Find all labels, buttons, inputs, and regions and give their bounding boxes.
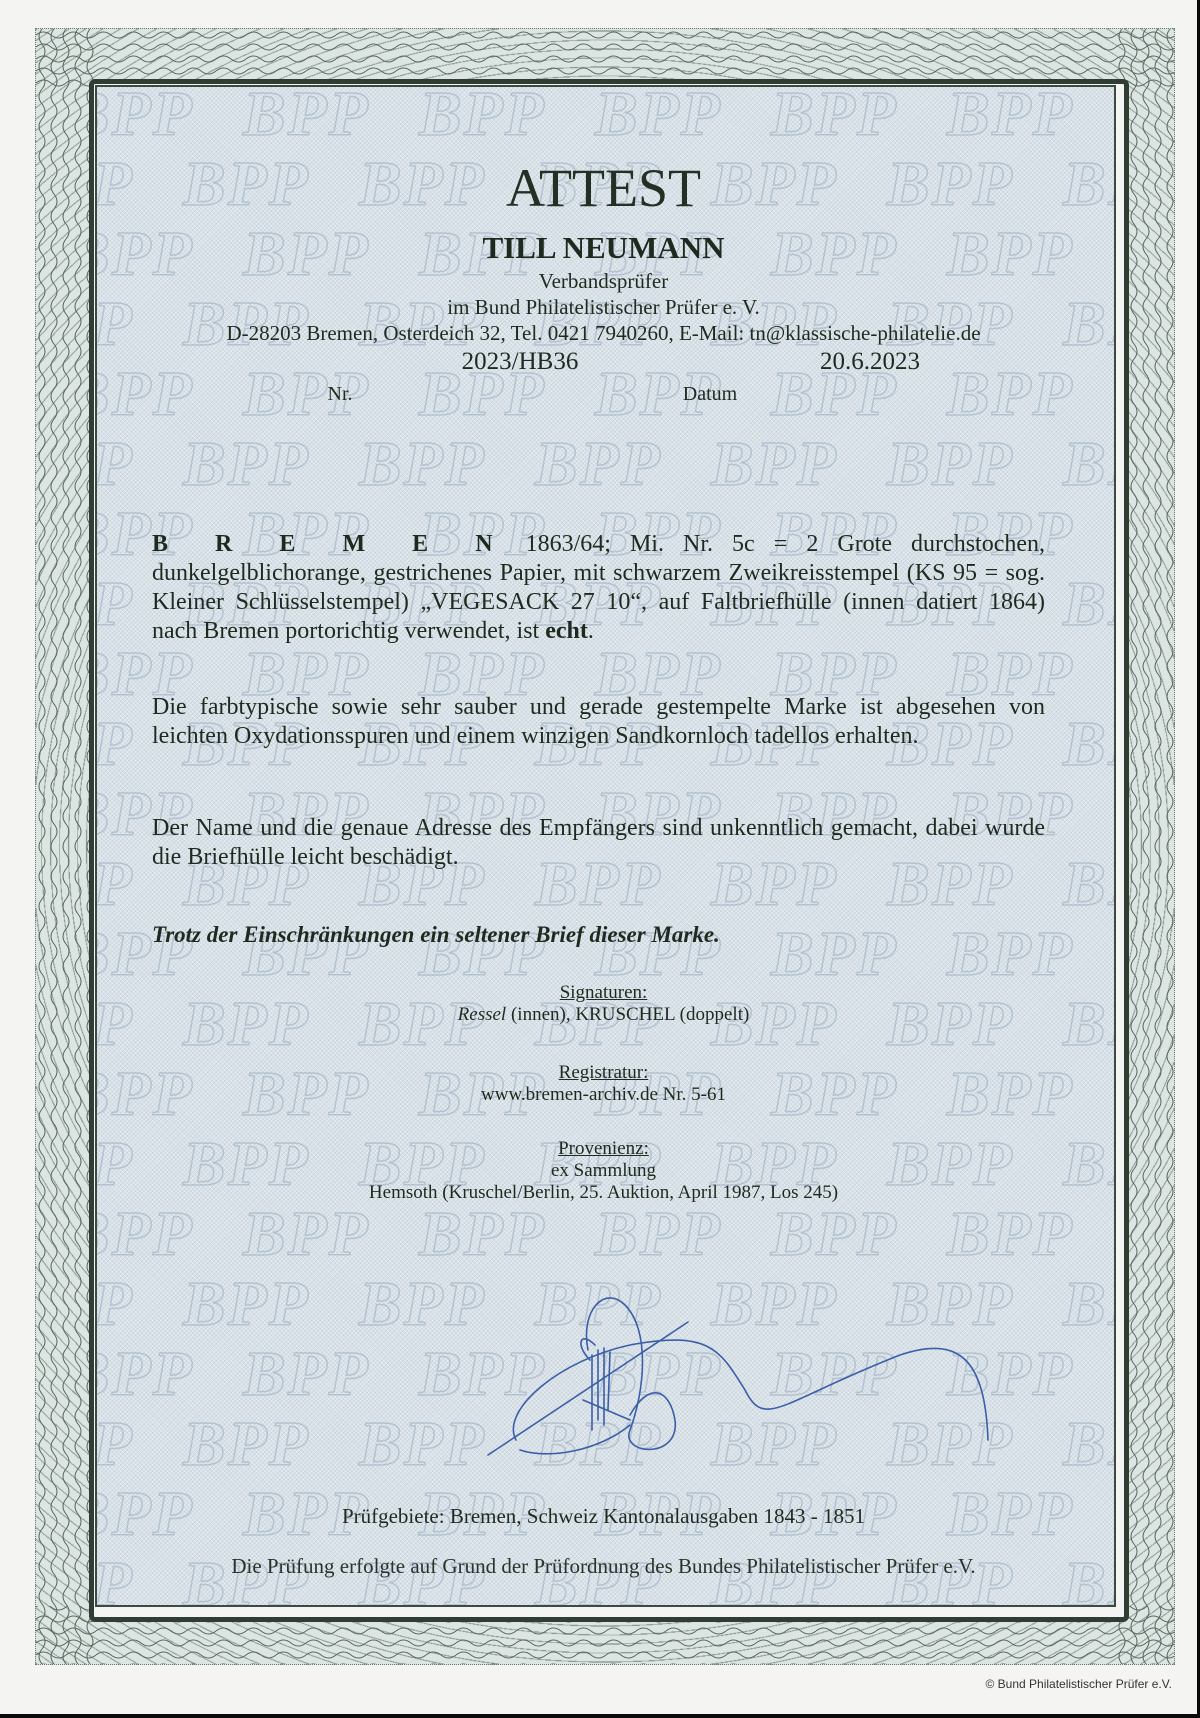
registry-value: www.bremen-archiv.de Nr. 5-61: [95, 1084, 1112, 1106]
examination-fields: Prüfgebiete: Bremen, Schweiz Kantonalaus…: [95, 1504, 1112, 1529]
provenance-heading: Provenienz:: [95, 1138, 1112, 1160]
provenance-line-1: ex Sammlung: [95, 1160, 1112, 1182]
provenance-line-2: Hemsoth (Kruschel/Berlin, 25. Auktion, A…: [95, 1182, 1112, 1204]
certificate-number-label: Nr.: [300, 383, 380, 406]
page-title: ATTEST: [95, 158, 1112, 218]
signature-rest: (innen), KRUSCHEL (doppelt): [506, 1004, 749, 1025]
description-paragraph: B R E M E N 1863/64; Mi. Nr. 5c = 2 Grot…: [152, 530, 1045, 646]
country-name: B R E M E N: [152, 531, 507, 557]
certificate-content: ATTEST TILL NEUMANN Verbandsprüfer im Bu…: [0, 0, 1200, 1718]
certificate-date-label: Datum: [650, 383, 770, 406]
signatures-heading: Signaturen:: [95, 982, 1112, 1004]
signature-name-italic: Ressel: [458, 1004, 507, 1025]
condition-paragraph: Die farbtypische sowie sehr sauber und g…: [152, 693, 1045, 751]
signatures-value: Ressel (innen), KRUSCHEL (doppelt): [95, 1004, 1112, 1026]
signatures-section: Signaturen: Ressel (innen), KRUSCHEL (do…: [95, 982, 1112, 1026]
examiner-association: im Bund Philatelistischer Prüfer e. V.: [95, 294, 1112, 320]
description-end: .: [588, 618, 594, 644]
copyright-notice: © Bund Philatelistischer Prüfer e.V.: [986, 1677, 1173, 1691]
certificate-date: 20.6.2023: [770, 348, 970, 376]
examination-basis: Die Prüfung erfolgte auf Grund der Prüfo…: [95, 1554, 1112, 1579]
registry-section: Registratur: www.bremen-archiv.de Nr. 5-…: [95, 1062, 1112, 1106]
examiner-address: D-28203 Bremen, Osterdeich 32, Tel. 0421…: [95, 320, 1112, 346]
remark-paragraph: Der Name und die genaue Adresse des Empf…: [152, 814, 1045, 872]
provenance-section: Provenienz: ex Sammlung Hemsoth (Krusche…: [95, 1138, 1112, 1204]
examiner-role: Verbandsprüfer: [95, 268, 1112, 294]
emphasis-statement: Trotz der Einschränkungen ein seltener B…: [152, 922, 1045, 948]
examiner-name: TILL NEUMANN: [95, 230, 1112, 266]
registry-heading: Registratur:: [95, 1062, 1112, 1084]
certificate-number: 2023/HB36: [420, 348, 620, 376]
handwritten-signature: [480, 1290, 1100, 1490]
verdict: echt: [545, 618, 588, 644]
